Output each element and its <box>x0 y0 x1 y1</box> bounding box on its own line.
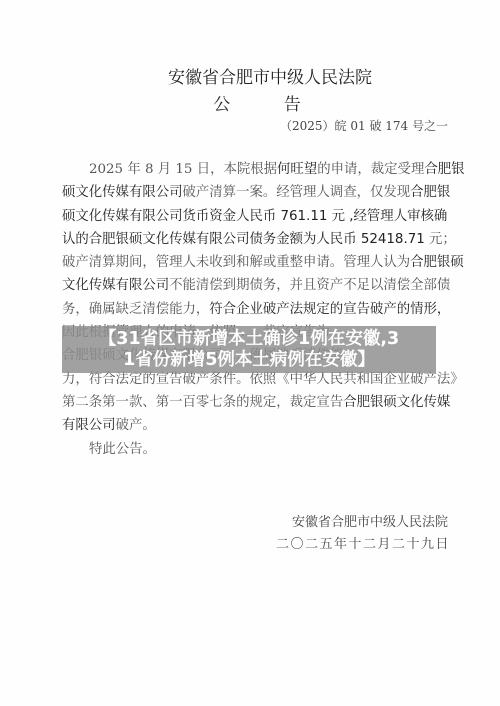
body-text: 特此公告。 <box>89 442 156 457</box>
signature-court-name: 安徽省合肥市中级人民法院 <box>260 512 450 534</box>
body-line: 硕文化传媒有限公司货币资金人民币 761.11 元 ,经管理人审核确 <box>62 205 442 228</box>
body-line: 文化传媒有限公司不能清偿到期债务，并且资产不足以清偿全部债 <box>62 274 442 297</box>
body-line: 破产清算期间，管理人未收到和解或重整申请。管理人认为合肥银硕 <box>62 251 442 274</box>
highlighted-text: 硕文化传媒有限公司 <box>62 185 183 200</box>
highlighted-text: 认的合肥银硕文化传媒有限公司债务金额为人民币 52418.71 <box>62 232 425 247</box>
highlighted-text: 硕文化传媒有限公司货币资金人民币 761.11 元 ,经管理人审核确 <box>62 209 447 224</box>
body-text: 元； <box>425 232 456 247</box>
headline-line-2: 1省份新增5例本土病例在安徽】 <box>123 350 375 371</box>
highlighted-text: 有限公司 <box>62 418 116 433</box>
body-line: 硕文化传媒有限公司破产清算一案。经管理人调查，仅发现合肥银 <box>62 181 442 204</box>
court-name-heading: 安徽省合肥市中级人民法院 <box>0 63 500 88</box>
headline-overlay-banner[interactable]: 【31省区市新增本土确诊1例在安徽,3 1省份新增5例本土病例在安徽】 <box>62 326 436 373</box>
body-text: 力，符合法定的宣告破产条件。依照《中华人民共和国企业破产法》 <box>62 372 464 387</box>
case-number: （2025）皖 01 破 174 号之一 <box>280 117 448 134</box>
signature-date: 二〇二五年十二月二十九日 <box>260 534 450 556</box>
body-text: 务，确属缺乏清偿能力， <box>62 302 209 317</box>
body-text: 第二条第一款、第一百零七条的规定，裁定宣告 <box>62 395 343 410</box>
highlighted-text: 合肥银硕 <box>410 255 464 270</box>
highlighted-text: 合肥银硕文化传媒 <box>343 395 450 410</box>
body-text: 不能清偿到期债务，并且资产不足以清偿全部债 <box>169 278 450 293</box>
body-line: 特此公告。 <box>62 438 442 461</box>
headline-line-1: 【31省区市新增本土确诊1例在安徽,3 <box>99 329 399 350</box>
body-line: 务，确属缺乏清偿能力，符合企业破产法规定的宣告破产的情形， <box>62 298 442 321</box>
highlighted-text: 符合企业破产法规定的宣告破产的情形， <box>209 302 450 317</box>
highlighted-text: 文化传媒有限公司 <box>62 278 169 293</box>
body-line: 有限公司破产。 <box>62 414 442 437</box>
body-text: 破产。 <box>116 418 156 433</box>
signature-block: 安徽省合肥市中级人民法院 二〇二五年十二月二十九日 <box>260 512 450 556</box>
body-line: 第二条第一款、第一百零七条的规定，裁定宣告合肥银硕文化传媒 <box>62 391 442 414</box>
body-text: 的申请，裁定受理 <box>317 162 424 177</box>
body-line: 认的合肥银硕文化传媒有限公司债务金额为人民币 52418.71 元； <box>62 228 442 251</box>
body-text: 破产清算期间，管理人未收到和解或重整申请。管理人认为 <box>62 255 410 270</box>
highlighted-text: 合肥银 <box>424 162 464 177</box>
body-line: 2025 年 8 月 15 日，本院根据何旺望的申请，裁定受理合肥银 <box>62 158 442 181</box>
notice-body: 2025 年 8 月 15 日，本院根据何旺望的申请，裁定受理合肥银硕文化传媒有… <box>62 158 442 461</box>
body-text: 破产清算一案。经管理人调查，仅发现 <box>183 185 411 200</box>
highlighted-text: 何旺望 <box>277 162 317 177</box>
notice-title: 公 告 <box>0 90 500 115</box>
highlighted-text: 合肥银 <box>410 185 450 200</box>
body-text: 2025 年 8 月 15 日，本院根据 <box>89 162 277 177</box>
